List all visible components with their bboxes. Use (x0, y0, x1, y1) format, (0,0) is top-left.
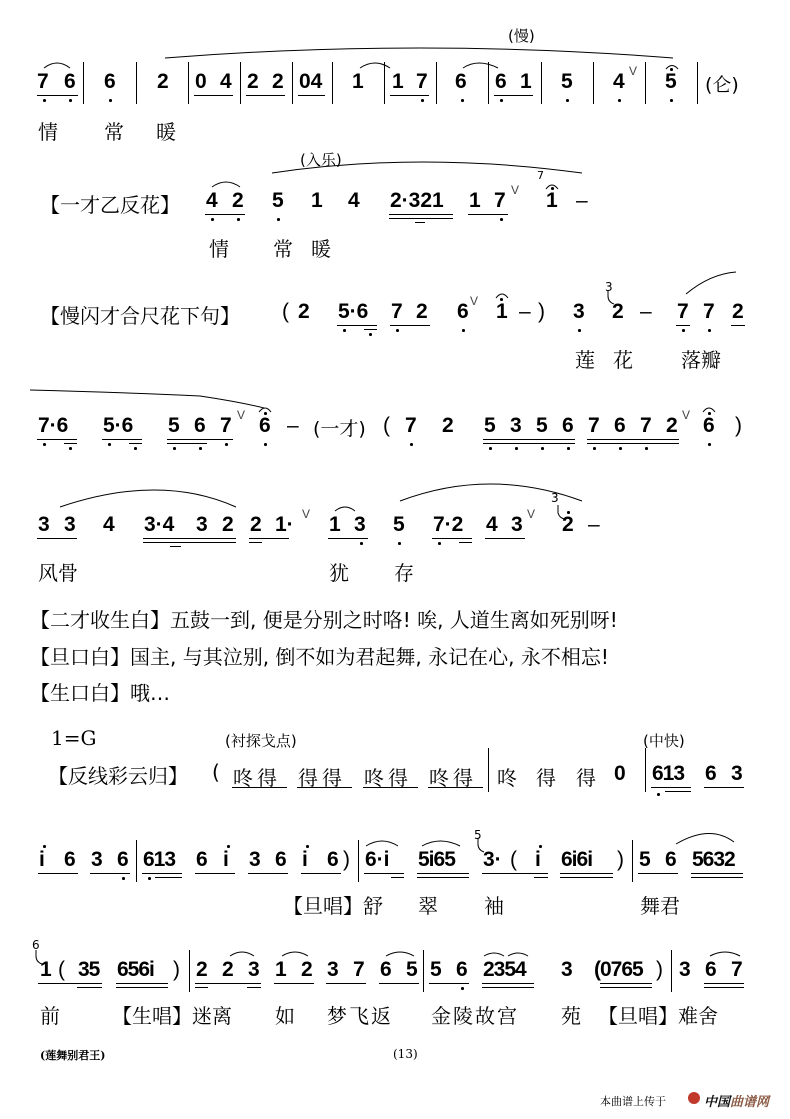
note: 2 (562, 513, 574, 537)
note: i (39, 848, 45, 872)
note: 3 (561, 958, 573, 982)
dialogue-line: 【生口白】哦… (30, 677, 170, 706)
note: 1 (311, 189, 323, 213)
note: 4 (486, 513, 498, 537)
note: 6 (259, 414, 271, 438)
note: 2 (666, 414, 678, 438)
note: 2 (250, 513, 262, 537)
note: 7·6 (38, 414, 68, 438)
note: 2 (732, 300, 744, 324)
note: 5·6 (103, 414, 133, 438)
paren: ) (173, 958, 180, 982)
breath-mark: V (302, 507, 310, 521)
lyric: 情 (209, 233, 229, 262)
paren: ) (538, 300, 545, 324)
note: 2·321 (390, 189, 444, 213)
lyric: 【生唱】迷离 (112, 1000, 232, 1029)
breath-mark: V (470, 294, 478, 308)
percussion: 得 (576, 762, 596, 791)
note: i (223, 848, 229, 872)
tempo-mark: (慢) (508, 25, 535, 46)
paren: ( (58, 958, 65, 982)
note: 5632 (692, 848, 735, 872)
note: 1 (496, 300, 508, 324)
end-mark: (仑) (705, 70, 739, 97)
score-line-7: i 6 3 6 613 6 i 3 6 i 6 ) 6·i 5i65 5 3· … (0, 848, 790, 888)
note: 6 (194, 414, 206, 438)
note: 5i65 (418, 848, 455, 872)
breath-mark: V (237, 408, 245, 422)
lyric: 犹 (329, 557, 349, 586)
note: 1 (469, 189, 481, 213)
note: 6 (456, 958, 468, 982)
grace-note: 7 (537, 169, 544, 182)
grace-note: 5 (474, 828, 482, 842)
score-line-5: 3 3 4 3·4 3 2 2 1· V 1 3 5 7·2 4 3 V 3 2… (0, 513, 790, 553)
note: 6 (275, 848, 287, 872)
note: 0 (614, 762, 626, 786)
score-line-1: (慢) 7 6 6 2 0 4 2 2 04 1 1 7 6 6 1 5 4 V… (0, 70, 790, 110)
note: 5 (665, 70, 677, 94)
percussion: 咚 (497, 762, 517, 791)
note: 4 (220, 70, 232, 94)
note: 1 (329, 513, 341, 537)
note: 3· (483, 848, 502, 872)
note: 1 (546, 189, 558, 213)
note: 6 (665, 848, 677, 872)
note: 6 (455, 70, 467, 94)
paren: ) (617, 848, 624, 872)
brand-part-a: 中国 (704, 1095, 730, 1110)
note: – (576, 189, 588, 213)
note: 3 (249, 848, 261, 872)
lyric: 前 (40, 1000, 60, 1029)
note: 3 (91, 848, 103, 872)
paren: ( (383, 414, 390, 438)
note: – (519, 300, 531, 324)
section-label: 【反线彩云归】 (48, 760, 188, 789)
note: 7 (220, 414, 232, 438)
percussion-mark: (一才) (313, 414, 366, 441)
note: 7 (416, 70, 428, 94)
note: 1 (352, 70, 364, 94)
note: 1 (520, 70, 532, 94)
note: 4 (613, 70, 625, 94)
note: 3 (679, 958, 691, 982)
note: 2 (247, 70, 259, 94)
note: 2 (196, 958, 208, 982)
note: 6·i (365, 848, 390, 872)
note: 3·4 (144, 513, 174, 537)
lyric: 暖 (156, 116, 176, 145)
note: 2 (222, 513, 234, 537)
note: 3 (573, 300, 585, 324)
lyric: 存 (394, 557, 414, 586)
note: 2 (301, 958, 313, 982)
note: 5 (272, 189, 284, 213)
note: 2 (272, 70, 284, 94)
lyric: 暖 (311, 233, 331, 262)
note: – (640, 300, 652, 324)
note: 3 (248, 958, 260, 982)
note: 3 (38, 513, 50, 537)
note: 7·2 (433, 513, 463, 537)
note: 5 (561, 70, 573, 94)
note: 5 (406, 958, 418, 982)
note: 3 (511, 513, 523, 537)
note: 6 (327, 848, 339, 872)
note: 2 (442, 414, 454, 438)
note: 4 (206, 189, 218, 213)
note: 1 (275, 958, 287, 982)
percussion: 得 (536, 762, 556, 791)
tempo-mark: (中快) (643, 730, 685, 751)
score-line-3: 【慢闪才合尺花下句】 ( 2 5·6 7 2 6 V 1 – ) 3 3 2 –… (0, 300, 790, 340)
note: 2 (612, 300, 624, 324)
note: 7 (353, 958, 365, 982)
note: 1 (40, 958, 52, 982)
note: 2 (222, 958, 234, 982)
page-number: (13) (393, 1047, 418, 1061)
section-label: 【一才乙反花】 (40, 189, 180, 218)
lyric: 情 (38, 116, 58, 145)
note: 6 (705, 958, 717, 982)
dialogue-line: 【二才收生白】五鼓一到, 便是分别之时咯! 唉, 人道生离如死别呀! (30, 604, 618, 633)
note: 656i (117, 958, 154, 982)
lyric: 落瓣 (681, 344, 721, 373)
note: 6 (614, 414, 626, 438)
note: 0 (195, 70, 207, 94)
lyric: 【旦唱】难舍 (598, 1000, 718, 1029)
note: 6 (64, 70, 76, 94)
note: 613 (143, 848, 175, 872)
paren: ( (510, 848, 517, 872)
note: 1· (275, 513, 294, 537)
score-line-6: 1=G (衬探戈点) (中快) 【反线彩云归】 ( 咚得 得得 咚得 咚得 咚 … (0, 760, 790, 800)
lyric: 【旦唱】舒 (283, 890, 383, 919)
note: 4 (348, 189, 360, 213)
key-signature: 1=G (51, 726, 96, 750)
lyric: 花 (613, 344, 633, 373)
breath-mark: V (629, 64, 637, 78)
grace-note: 3 (551, 491, 559, 505)
note: 7 (405, 414, 417, 438)
note: 6 (380, 958, 392, 982)
note: 5·6 (338, 300, 368, 324)
note: 6 (64, 848, 76, 872)
note: 2 (232, 189, 244, 213)
lyric: 如 (275, 1000, 295, 1029)
note: 6 (495, 70, 507, 94)
brand-part-b: 曲谱网 (730, 1095, 769, 1110)
note: 7 (588, 414, 600, 438)
section-label: 【慢闪才合尺花下句】 (40, 300, 240, 329)
note: 3 (731, 762, 743, 786)
note: 5 (536, 414, 548, 438)
watermark-brand[interactable]: 中国曲谱网 (704, 1091, 769, 1110)
note: 6 (196, 848, 208, 872)
score-line-8: 6 1 ( 35 656i ) 2 2 3 1 2 3 7 6 5 5 6 23… (0, 958, 790, 998)
note: – (287, 414, 299, 438)
footer-title: (莲舞别君王) (40, 1047, 105, 1063)
note: 6 (104, 70, 116, 94)
lyric: 常 (273, 233, 293, 262)
note: 5 (484, 414, 496, 438)
breath-mark: V (682, 408, 690, 422)
note: 3 (354, 513, 366, 537)
note: 7 (731, 958, 743, 982)
note: 1 (392, 70, 404, 94)
note: 7 (640, 414, 652, 438)
performance-mark: (入乐) (300, 149, 342, 170)
note: 6 (705, 762, 717, 786)
breath-mark: V (527, 507, 535, 521)
note: i (535, 848, 541, 872)
lyric: 风骨 (38, 557, 78, 586)
note: 5 (168, 414, 180, 438)
score-line-4: 7·6 5·6 5 6 7 V 6 – (一才) ( 7 2 5 3 5 6 7… (0, 414, 790, 454)
note: 04 (299, 70, 322, 94)
paren: ) (343, 848, 350, 872)
lyric: 舞君 (640, 890, 680, 919)
note: (0765 (594, 958, 643, 982)
paren: ( (212, 760, 220, 784)
note: 6 (703, 414, 715, 438)
lyric: 常 (104, 116, 124, 145)
note: 7 (703, 300, 715, 324)
note: 2354 (483, 958, 526, 982)
lyric: 苑 (561, 1000, 581, 1029)
note: – (588, 513, 600, 537)
note: 5 (393, 513, 405, 537)
note: 6 (117, 848, 129, 872)
note: 7 (391, 300, 403, 324)
paren: ( (282, 300, 289, 324)
note: i (302, 848, 308, 872)
note: 3 (64, 513, 76, 537)
note: 7 (37, 70, 49, 94)
paren: ) (656, 958, 663, 982)
performance-mark: (衬探戈点) (225, 730, 297, 751)
grace-note: 3 (605, 280, 613, 294)
breath-mark: V (511, 183, 519, 197)
dialogue-line: 【旦口白】国主, 与其泣别, 倒不如为君起舞, 永记在心, 永不相忘! (30, 641, 609, 670)
note: 7 (494, 189, 506, 213)
note: 2 (416, 300, 428, 324)
note: 5 (639, 848, 651, 872)
score-line-2: 【一才乙反花】 (入乐) 4 2 5 1 4 2·321 1 7 V 7 1 –… (0, 189, 790, 229)
lyric: 莲 (575, 344, 595, 373)
note: 3 (327, 958, 339, 982)
note: 3 (510, 414, 522, 438)
note: 5 (430, 958, 442, 982)
note: 6i6i (561, 848, 592, 872)
note: 35 (78, 958, 99, 982)
grace-note: 6 (32, 938, 40, 952)
lyric: 袖 (484, 890, 504, 919)
watermark-text: 本曲谱上传于 (600, 1093, 666, 1109)
note: 7 (677, 300, 689, 324)
note: 6 (562, 414, 574, 438)
note: 4 (103, 513, 115, 537)
note: 2 (157, 70, 169, 94)
watermark-logo-icon (688, 1092, 700, 1104)
lyric: 金陵故宫 (431, 1000, 519, 1029)
paren: ) (735, 414, 742, 438)
note: 3 (196, 513, 208, 537)
note: 2 (298, 300, 310, 324)
lyric: 梦飞返 (327, 1000, 393, 1029)
lyric: 翠 (418, 890, 438, 919)
note: 6 (457, 300, 469, 324)
note: 613 (652, 762, 684, 786)
